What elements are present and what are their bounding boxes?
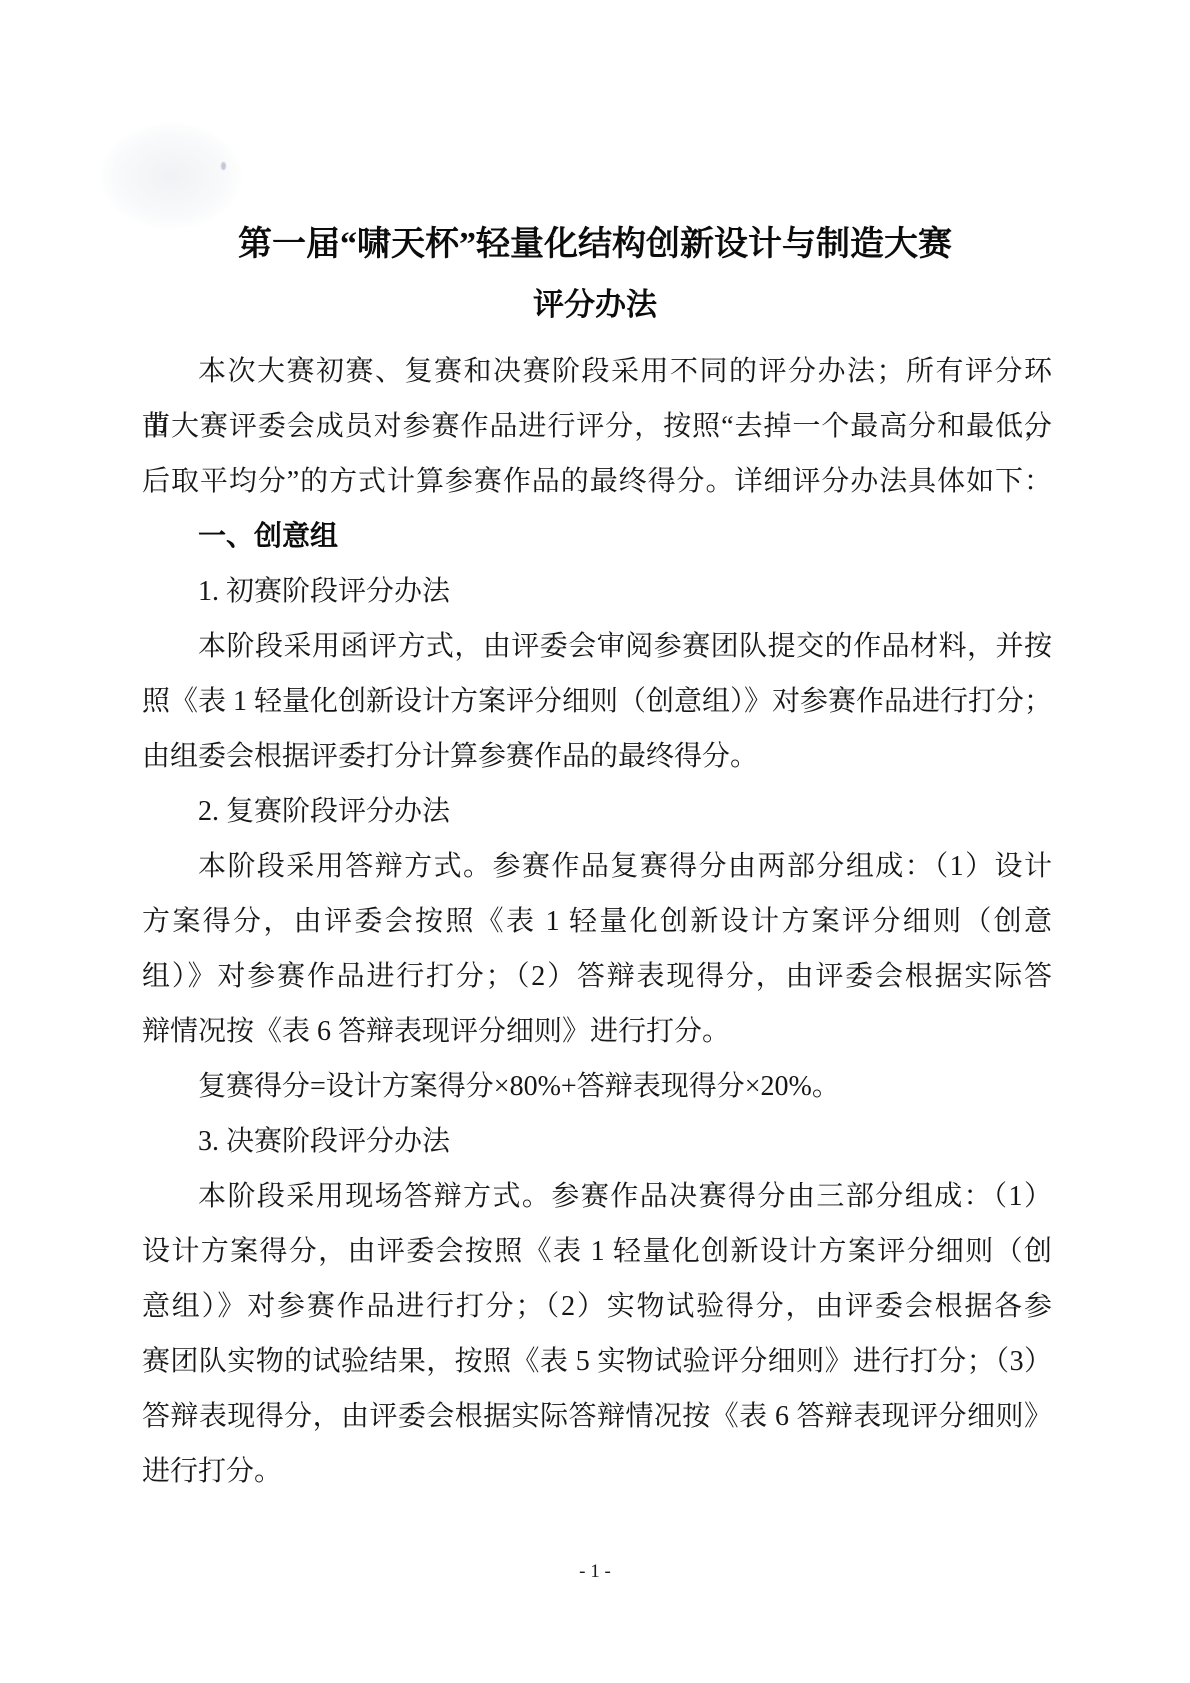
text-line: 由大赛评委会成员对参赛作品进行评分，按照“去掉一个最高分和最低分 (142, 399, 1052, 454)
subsection-heading: 3. 决赛阶段评分办法 (142, 1114, 1052, 1169)
scan-smudge-artifact (100, 123, 242, 229)
text-line: 方案得分，由评委会按照《表 1 轻量化创新设计方案评分细则（创意 (142, 894, 1052, 949)
document-subtitle: 评分办法 (0, 284, 1190, 326)
text-line: 答辩表现得分，由评委会根据实际答辩情况按《表 6 答辩表现评分细则》 (142, 1389, 1052, 1444)
document-page: 第一届“啸天杯”轻量化结构创新设计与制造大赛 评分办法 本次大赛初赛、复赛和决赛… (0, 0, 1190, 1683)
text-line: 本阶段采用函评方式，由评委会审阅参赛团队提交的作品材料，并按 (142, 619, 1052, 674)
text-line: 组）》对参赛作品进行打分；（2）答辩表现得分，由评委会根据实际答 (142, 949, 1052, 1004)
text-line: 赛团队实物的试验结果，按照《表 5 实物试验评分细则》进行打分；（3） (142, 1334, 1052, 1389)
subsection-heading: 2. 复赛阶段评分办法 (142, 784, 1052, 839)
text-line: 意组）》对参赛作品进行打分；（2）实物试验得分，由评委会根据各参 (142, 1279, 1052, 1334)
page-number: - 1 - (0, 1560, 1190, 1584)
subsection-heading: 1. 初赛阶段评分办法 (142, 564, 1052, 619)
text-line: 本阶段采用答辩方式。参赛作品复赛得分由两部分组成：（1）设计 (142, 839, 1052, 894)
text-line: 后取平均分”的方式计算参赛作品的最终得分。详细评分办法具体如下： (142, 454, 1052, 509)
document-body: 本次大赛初赛、复赛和决赛阶段采用不同的评分办法；所有评分环节， 由大赛评委会成员… (142, 344, 1052, 1499)
formula-line: 复赛得分=设计方案得分×80%+答辩表现得分×20%。 (142, 1059, 1052, 1114)
text-line: 设计方案得分，由评委会按照《表 1 轻量化创新设计方案评分细则（创 (142, 1224, 1052, 1279)
text-line: 辩情况按《表 6 答辩表现评分细则》进行打分。 (142, 1004, 1052, 1059)
document-title: 第一届“啸天杯”轻量化结构创新设计与制造大赛 (0, 224, 1190, 266)
text-line: 照《表 1 轻量化创新设计方案评分细则（创意组）》对参赛作品进行打分； (142, 674, 1052, 729)
scan-speck-artifact (221, 162, 226, 170)
text-line: 本阶段采用现场答辩方式。参赛作品决赛得分由三部分组成：（1） (142, 1169, 1052, 1224)
section-heading-creative-group: 一、创意组 (142, 509, 1052, 564)
text-line: 本次大赛初赛、复赛和决赛阶段采用不同的评分办法；所有评分环节， (142, 344, 1052, 399)
text-line: 由组委会根据评委打分计算参赛作品的最终得分。 (142, 729, 1052, 784)
text-line: 进行打分。 (142, 1444, 1052, 1499)
